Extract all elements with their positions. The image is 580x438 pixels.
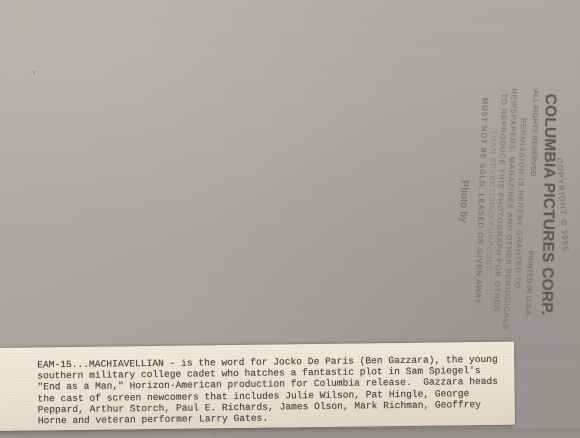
photo-back-paper: COPYRIGHT © 1956 COLUMBIA PICTURES CORP.… — [0, 0, 580, 438]
caption-text: EAM-15...MACHIAVELLIAN - is the word for… — [0, 342, 515, 428]
paper-speck — [212, 433, 215, 435]
stamp-rights-reserved: ALL RIGHTS RESERVED — [529, 90, 539, 177]
paper-speck — [33, 71, 35, 74]
paper-speck — [75, 434, 77, 436]
stamp-printed-in-usa: PRINTED IN U.S.A. — [524, 251, 533, 318]
caption-slip: EAM-15...MACHIAVELLIAN - is the word for… — [0, 342, 515, 431]
photo-by-label: Photo by — [454, 86, 473, 316]
copyright-stamp: COPYRIGHT © 1956 COLUMBIA PICTURES CORP.… — [441, 86, 571, 320]
stamp-company-name: COLUMBIA PICTURES CORP. — [537, 89, 559, 319]
